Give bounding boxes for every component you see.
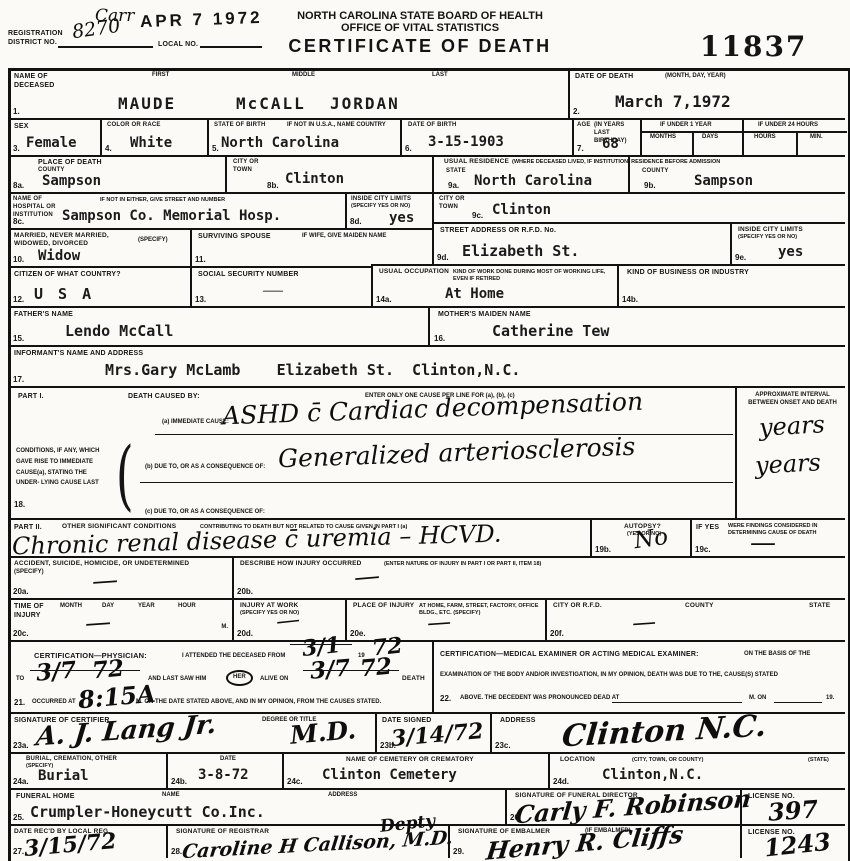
field-place-of-death-county: PLACE OF DEATH COUNTY Sampson 8a. (8, 155, 225, 192)
field-date-received: DATE REC'D BY LOCAL REG. 3/15/72 27. (8, 824, 166, 858)
findings-value: — (750, 528, 776, 558)
street-label: STREET ADDRESS OR R.F.D. No. (440, 226, 556, 235)
cert-to-blank (30, 670, 140, 671)
usual-residence-header: USUAL RESIDENCE (444, 158, 509, 166)
under-24-hours-column-divider (796, 131, 798, 157)
injury-at-work-value: — (275, 605, 302, 635)
place-of-injury-value: — (426, 607, 452, 637)
father-label: FATHER'S NAME (14, 310, 73, 319)
death-caused-by-label: DEATH CAUSED BY: (128, 392, 200, 401)
months-sublabel: MONTHS (650, 134, 676, 142)
mother-value: Catherine Tew (492, 322, 609, 340)
cert-her-circled: HER (226, 670, 253, 686)
field-date-of-death: DATE OF DEATH (MONTH, DAY, YEAR) March 7… (568, 68, 845, 118)
embalmer-number: 29. (453, 847, 464, 856)
field-cemetery-name: NAME OF CEMETERY OR CREMATORY Clinton Ce… (282, 752, 548, 788)
name-first-value: MAUDE (118, 94, 176, 113)
date-of-death-label: DATE OF DEATH (575, 72, 633, 81)
burial-number: 24a. (13, 777, 29, 786)
race-number: 4. (105, 144, 112, 153)
residence-state-value: North Carolina (474, 173, 592, 189)
name-number: 1. (13, 107, 20, 116)
residence-city-number: 9c. (472, 211, 483, 220)
marital-sublabel: (SPECIFY) (138, 237, 168, 245)
name-label: NAME OF DECEASED (14, 72, 59, 90)
section-interval-column: APPROXIMATE INTERVAL BETWEEN ONSET AND D… (735, 386, 845, 518)
industry-label: KIND OF BUSINESS OR INDUSTRY (627, 268, 749, 277)
section-certification-medical-examiner: CERTIFICATION—MEDICAL EXAMINER OR ACTING… (432, 640, 845, 712)
field-ssn: SOCIAL SECURITY NUMBER — 13. (190, 266, 371, 306)
findings-label: WERE FINDINGS CONSIDERED IN DETERMINING … (728, 523, 840, 537)
field-surviving-spouse: SURVIVING SPOUSE IF WIFE, GIVE MAIDEN NA… (190, 228, 432, 266)
cert-19-label-b: 19. (826, 695, 834, 703)
age-value: 68 (602, 136, 619, 152)
field-occupation: USUAL OCCUPATION KIND OF WORK DONE DURIN… (371, 264, 617, 306)
field-citizen: CITIZEN OF WHAT COUNTRY? U S A 12. (8, 266, 190, 306)
header-board: NORTH CAROLINA STATE BOARD OF HEALTH (255, 10, 585, 22)
field-father-name: FATHER'S NAME Lendo McCall 15. (8, 306, 428, 345)
cemetery-location-state-sublabel: (STATE) (808, 757, 829, 764)
due-to-c-label: (c) DUE TO, OR AS A CONSEQUENCE OF: (145, 509, 265, 517)
field-residence-city: CITY OR TOWN Clinton 9c. (432, 192, 845, 222)
section-part-1: PART I. DEATH CAUSED BY: ENTER ONLY ONE … (8, 386, 735, 518)
registration-district-number: 8270 (71, 15, 122, 44)
field-findings-considered: IF YES WERE FINDINGS CONSIDERED IN DETER… (690, 518, 845, 556)
injury-at-work-number: 20d. (237, 629, 253, 638)
cert-last-seen-year-value: 72 (359, 653, 393, 683)
field-funeral-director-license: LICENSE NO. 397 (740, 788, 845, 824)
cert-last-seen-blank (303, 670, 399, 671)
pod-city-value: Clinton (285, 171, 344, 187)
field-place-of-injury: PLACE OF INJURY AT HOME, FARM, STREET, F… (345, 598, 545, 640)
cause-b-line (140, 482, 733, 483)
date-of-death-value: March 7,1972 (615, 92, 731, 111)
time-year-sublabel: YEAR (138, 603, 155, 611)
hospital-number: 8c. (13, 217, 24, 226)
interval-b-value: years (754, 448, 821, 479)
name-middle-sublabel: MIDDLE (292, 72, 315, 80)
cemetery-location-sublabel: (CITY, TOWN, OR COUNTY) (632, 757, 703, 764)
field-residence-state: USUAL RESIDENCE (WHERE DECEASED LIVED, I… (432, 155, 628, 192)
how-injury-value: — (353, 561, 382, 593)
field-marital-status: MARRIED, NEVER MARRIED, WIDOWED, DIVORCE… (8, 228, 190, 266)
cause-a-line (155, 434, 733, 435)
under-1-year-label: IF UNDER 1 YEAR (660, 122, 712, 130)
time-m-label: M. (221, 624, 228, 632)
date-of-death-number: 2. (573, 107, 580, 116)
funeral-home-address-sublabel: ADDRESS (328, 792, 357, 800)
spouse-number: 11. (195, 255, 206, 264)
field-certifier-address: ADDRESS Clinton N.C. 23c. (490, 712, 845, 752)
conditions-label: CONDITIONS, IF ANY, WHICH GAVE RISE TO I… (16, 446, 108, 489)
pod-city-label: CITY OR TOWN (233, 159, 263, 175)
state-of-birth-value: North Carolina (221, 135, 339, 151)
marital-label: MARRIED, NEVER MARRIED, WIDOWED, DIVORCE… (14, 232, 134, 249)
cert-last-saw-label: AND LAST SAW HIM (148, 676, 206, 684)
field-if-under-24-hours: IF UNDER 24 HOURS HOURS MIN. (742, 118, 845, 155)
registration-district-label-1: REGISTRATION (8, 29, 63, 38)
cert-pronounced-blank-1 (612, 702, 742, 703)
cert-physician-number: 21. (14, 698, 25, 707)
date-of-birth-number: 6. (405, 144, 412, 153)
race-label: COLOR OR RACE (107, 122, 161, 130)
cert-death-word: DEATH (402, 675, 425, 683)
spouse-label: SURVIVING SPOUSE (198, 232, 271, 241)
injury-location-value: — (631, 607, 657, 637)
immediate-cause-label: (a) IMMEDIATE CAUSE: (162, 419, 229, 427)
cert-examiner-body-label: EXAMINATION OF THE BODY AND/OR INVESTIGA… (440, 672, 778, 680)
under-24-hours-label: IF UNDER 24 HOURS (758, 122, 818, 130)
residence-county-number: 9b. (644, 181, 656, 190)
date-received-number: 27. (13, 847, 24, 856)
hospital-value: Sampson Co. Memorial Hosp. (62, 208, 281, 224)
death-certificate-document: Carr APR 7 1972 REGISTRATION DISTRICT NO… (0, 0, 850, 861)
hours-sublabel: HOURS (754, 134, 776, 142)
res-icl-value: yes (778, 244, 803, 260)
age-number: 7. (577, 144, 584, 153)
sex-number: 3. (13, 144, 20, 153)
field-race: COLOR OR RACE White 4. (100, 118, 207, 155)
registrar-label: SIGNATURE OF REGISTRAR (176, 828, 269, 836)
section-certification-physician: CERTIFICATION—PHYSICIAN: I ATTENDED THE … (8, 640, 432, 712)
field-time-of-injury: TIME OF INJURY MONTH DAY YEAR HOUR — M. … (8, 598, 232, 640)
embalmer-signature: Henry R. Cliffs (485, 819, 686, 861)
field-burial-date: DATE 3-8-72 24b. (166, 752, 282, 788)
funeral-director-signature: Carly F. Robinson (514, 784, 753, 830)
how-injury-number: 20b. (237, 587, 253, 596)
state-of-birth-number: 5. (212, 144, 219, 153)
mother-label: MOTHER'S MAIDEN NAME (438, 310, 531, 319)
pod-county-value: Sampson (42, 173, 101, 189)
occupation-value: At Home (445, 286, 504, 302)
ssn-number: 13. (195, 295, 206, 304)
mother-number: 16. (434, 334, 445, 343)
field-street-address: STREET ADDRESS OR R.F.D. No. Elizabeth S… (432, 222, 730, 264)
field-pod-inside-city-limits: INSIDE CITY LIMITS (SPECIFY YES OR NO) y… (345, 192, 432, 228)
field-date-of-birth: DATE OF BIRTH 3-15-1903 6. (400, 118, 572, 155)
residence-county-value: Sampson (694, 173, 753, 189)
field-sex: SEX Female 3. (8, 118, 100, 155)
father-value: Lendo McCall (65, 322, 173, 340)
field-if-under-1-year: IF UNDER 1 YEAR MONTHS DAYS (640, 118, 742, 155)
hospital-sublabel: IF NOT IN EITHER, GIVE STREET AND NUMBER (100, 197, 225, 204)
findings-if-yes-label: IF YES (696, 523, 719, 532)
min-sublabel: MIN. (810, 134, 823, 142)
residence-city-label: CITY OR TOWN (439, 196, 469, 212)
pod-county-number: 8a. (13, 181, 24, 190)
name-first-sublabel: FIRST (152, 72, 169, 80)
header-office: OFFICE OF VITAL STATISTICS (255, 22, 585, 34)
injury-location-number: 20f. (550, 629, 564, 638)
funeral-home-name-sublabel: NAME (162, 792, 180, 800)
registrar-number: 28. (171, 847, 182, 856)
header-title: CERTIFICATE OF DEATH (255, 36, 585, 57)
residence-state-label: STATE (446, 168, 466, 176)
time-of-injury-value: — (84, 607, 112, 639)
residence-state-number: 9a. (448, 181, 459, 190)
section-part-2: PART II. OTHER SIGNIFICANT CONDITIONS CO… (8, 518, 590, 556)
accident-sublabel: (SPECIFY) (14, 569, 44, 577)
name-last-value: JORDAN (330, 94, 400, 113)
registration-district-blank (58, 46, 153, 48)
cert-examiner-basis-label: ON THE BASIS OF THE (744, 651, 810, 659)
pod-icl-number: 8d. (350, 217, 362, 226)
certifier-address-number: 23c. (495, 741, 511, 750)
street-value: Elizabeth St. (462, 242, 579, 260)
injury-state-label: STATE (809, 602, 830, 610)
how-injury-label: DESCRIBE HOW INJURY OCCURRED (240, 560, 362, 568)
part-1-number: 18. (14, 500, 25, 509)
field-date-signed: DATE SIGNED 3/14/72 23b. (375, 712, 490, 752)
certifier-signature-number: 23a. (13, 741, 29, 750)
field-funeral-director-signature: SIGNATURE OF FUNERAL DIRECTOR Carly F. R… (505, 788, 740, 824)
age-label: AGE (577, 122, 591, 130)
pod-icl-value: yes (389, 210, 414, 226)
cert-alive-on-label: ALIVE ON (260, 676, 288, 684)
field-residence-county: COUNTY Sampson 9b. (628, 155, 845, 192)
funeral-director-number: 26. (510, 813, 521, 822)
sex-label: SEX (14, 122, 29, 131)
place-of-injury-number: 20e. (350, 629, 366, 638)
cert-occurred-rest-label: M. ON THE DATE STATED ABOVE, AND IN MY O… (136, 699, 381, 707)
findings-number: 19c. (695, 545, 711, 554)
date-signed-number: 23b. (380, 741, 396, 750)
field-embalmer-signature: SIGNATURE OF EMBALMER (IF EMBALMED) Henr… (448, 824, 740, 858)
certifier-address-value: Clinton N.C. (561, 709, 768, 755)
time-month-sublabel: MONTH (60, 603, 82, 611)
burial-date-number: 24b. (171, 777, 187, 786)
how-injury-sublabel: (ENTER NATURE OF INJURY IN PART I OR PAR… (384, 561, 541, 568)
cert-examiner-number: 22. (440, 694, 451, 703)
field-mother-maiden-name: MOTHER'S MAIDEN NAME Catherine Tew 16. (428, 306, 845, 345)
cert-attended-from-label: I ATTENDED THE DECEASED FROM (182, 653, 285, 661)
funeral-home-value: Crumpler-Honeycutt Co.Inc. (30, 803, 265, 821)
burial-value: Burial (38, 768, 89, 784)
sex-value: Female (26, 135, 77, 151)
ssn-value: — (262, 278, 284, 303)
local-no-label: LOCAL NO. (158, 40, 198, 49)
field-autopsy: AUTOPSY? (YES OR NO) No 19b. (590, 518, 690, 556)
time-hour-sublabel: HOUR (178, 603, 196, 611)
field-accident-suicide-homicide: ACCIDENT, SUICIDE, HOMICIDE, OR UNDETERM… (8, 556, 232, 598)
informant-label: INFORMANT'S NAME AND ADDRESS (14, 349, 143, 358)
funeral-home-number: 25. (13, 813, 24, 822)
cert-examiner-title: CERTIFICATION—MEDICAL EXAMINER OR ACTING… (440, 650, 699, 659)
field-informant: INFORMANT'S NAME AND ADDRESS Mrs.Gary Mc… (8, 345, 845, 386)
autopsy-value: No (632, 524, 669, 554)
cemetery-number: 24c. (287, 777, 303, 786)
father-number: 15. (13, 334, 24, 343)
field-injury-location: CITY OR R.F.D. COUNTY STATE — 20f. (545, 598, 845, 640)
due-to-b-value: Generalized arteriosclerosis (278, 432, 636, 473)
cert-pronounced-blank-2 (774, 702, 822, 703)
burial-date-label: DATE (220, 756, 236, 764)
cemetery-label: NAME OF CEMETERY OR CREMATORY (346, 756, 474, 764)
place-of-injury-label: PLACE OF INJURY (353, 602, 414, 610)
date-of-birth-value: 3-15-1903 (428, 134, 504, 150)
field-place-of-death-city: CITY OR TOWN Clinton 8b. (225, 155, 432, 192)
marital-value: Widow (38, 248, 80, 264)
time-of-injury-number: 20c. (13, 629, 29, 638)
cert-occurred-at-value: 8:15A (77, 679, 157, 715)
field-registrar-signature: SIGNATURE OF REGISTRAR Depty Caroline H … (166, 824, 448, 858)
interval-a-value: years (758, 410, 825, 441)
cert-pronounced-dead-label: ABOVE. THE DECEDENT WAS PRONOUNCED DEAD … (460, 695, 619, 703)
field-name-of-deceased: NAME OF DECEASED FIRST MIDDLE LAST MAUDE… (8, 68, 568, 118)
certificate-number: 11837 (700, 30, 807, 63)
occupation-label: USUAL OCCUPATION (379, 268, 449, 276)
place-of-death-group-label: PLACE OF DEATH (38, 158, 102, 167)
cemetery-location-label: LOCATION (560, 756, 595, 764)
certifier-address-label: ADDRESS (500, 716, 536, 725)
funeral-home-label: FUNERAL HOME (16, 792, 75, 801)
immediate-cause-value: ASHD c̄ Cardiac decompensation (222, 387, 644, 431)
cert-to-label: TO (16, 676, 24, 684)
state-of-birth-label: STATE OF BIRTH (214, 122, 266, 130)
race-value: White (130, 135, 172, 151)
cert-from-blank (290, 644, 352, 645)
conditions-brace: ( (116, 430, 134, 519)
accident-number: 20a. (13, 587, 29, 596)
occupation-sublabel: KIND OF WORK DONE DURING MOST OF WORKING… (453, 269, 613, 283)
cemetery-location-number: 24d. (553, 777, 569, 786)
burial-date-value: 3-8-72 (198, 767, 249, 783)
cert-m-on-label: M. ON (749, 695, 766, 703)
cert-to-value: 3/7 (35, 656, 78, 686)
informant-number: 17. (13, 375, 24, 384)
name-middle-value: McCALL (236, 94, 306, 113)
due-to-b-label: (b) DUE TO, OR AS A CONSEQUENCE OF: (145, 464, 265, 472)
state-of-birth-sublabel: IF NOT IN U.S.A., NAME COUNTRY (287, 122, 387, 130)
field-age: AGE (IN YEARS LAST BIRTHDAY) 68 7. (572, 118, 640, 155)
under-1-year-column-divider (692, 131, 694, 157)
field-signature-of-certifier: SIGNATURE OF CERTIFIER DEGREE OR TITLE A… (8, 712, 375, 752)
local-no-blank (200, 46, 262, 48)
marital-number: 10. (13, 255, 24, 264)
spouse-sublabel: IF WIFE, GIVE MAIDEN NAME (302, 233, 386, 241)
name-last-sublabel: LAST (432, 72, 448, 80)
field-residence-inside-city-limits: INSIDE CITY LIMITS (SPECIFY YES OR NO) y… (730, 222, 845, 264)
part-1-label: PART I. (18, 392, 44, 401)
registration-district-label-2: DISTRICT NO. (8, 38, 57, 47)
citizen-number: 12. (13, 295, 24, 304)
occupation-number: 14a. (376, 295, 392, 304)
cemetery-value: Clinton Cemetery (322, 767, 457, 783)
street-number: 9d. (437, 253, 449, 262)
autopsy-number: 19b. (595, 545, 611, 554)
citizen-label: CITIZEN OF WHAT COUNTRY? (14, 270, 121, 279)
received-date-stamp: APR 7 1972 (140, 8, 263, 32)
field-cemetery-location: LOCATION (CITY, TOWN, OR COUNTY) (STATE)… (548, 752, 845, 788)
funeral-license-value: 397 (767, 794, 819, 826)
res-icl-sublabel: (SPECIFY YES OR NO) (738, 234, 797, 241)
field-hospital: NAME OF HOSPITAL OR INSTITUTION IF NOT I… (8, 192, 345, 228)
field-burial-cremation: BURIAL, CREMATION, OTHER (SPECIFY) Buria… (8, 752, 166, 788)
field-industry: KIND OF BUSINESS OR INDUSTRY 14b. (617, 264, 845, 306)
days-sublabel: DAYS (702, 134, 718, 142)
injury-city-label: CITY OR R.F.D. (553, 602, 602, 610)
cemetery-location-value: Clinton,N.C. (602, 767, 703, 783)
injury-county-label: COUNTY (685, 602, 714, 610)
pod-city-number: 8b. (267, 181, 279, 190)
date-of-death-sublabel: (MONTH, DAY, YEAR) (665, 73, 726, 81)
certifier-degree-value: M.D. (289, 715, 357, 750)
date-of-birth-label: DATE OF BIRTH (408, 122, 457, 130)
field-how-injury-occurred: DESCRIBE HOW INJURY OCCURRED (ENTER NATU… (232, 556, 845, 598)
res-icl-number: 9e. (735, 253, 746, 262)
residence-city-value: Clinton (492, 202, 551, 218)
accident-value: — (91, 565, 119, 597)
informant-value: Mrs.Gary McLamb Elizabeth St. Clinton,N.… (105, 361, 520, 379)
citizen-value: U S A (34, 285, 94, 303)
field-state-of-birth: STATE OF BIRTH IF NOT IN U.S.A., NAME CO… (207, 118, 400, 155)
residence-county-label: COUNTY (642, 168, 669, 176)
time-of-injury-label: TIME OF INJURY (14, 602, 54, 620)
industry-number: 14b. (622, 295, 638, 304)
field-embalmer-license: LICENSE NO. 1243 (740, 824, 845, 858)
approximate-interval-label: APPROXIMATE INTERVAL BETWEEN ONSET AND D… (745, 392, 840, 408)
embalmer-license-value: 1243 (763, 827, 832, 861)
cert-occurred-at-label: OCCURRED AT (32, 699, 76, 707)
